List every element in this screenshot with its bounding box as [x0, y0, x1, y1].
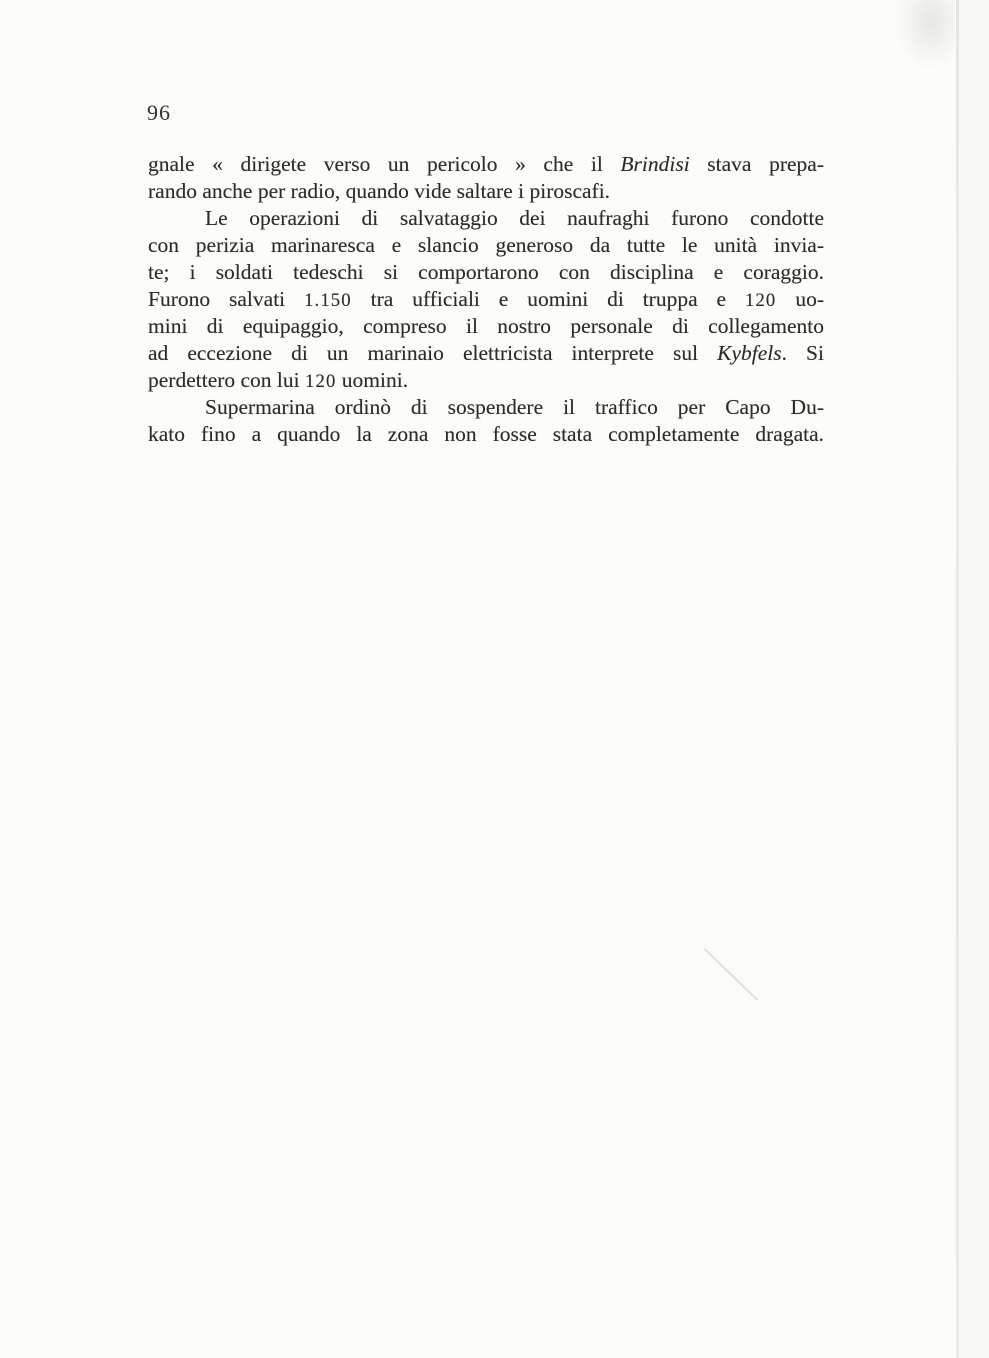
text-segment: 120 — [745, 290, 776, 311]
text-segment: uomini. — [336, 368, 408, 392]
text-segment: Le operazioni di salvataggio dei naufrag… — [205, 206, 824, 230]
text-segment: kato fino a quando la zona non fosse sta… — [148, 422, 824, 446]
text-line: te; i soldati tedeschi si comportarono c… — [148, 259, 824, 286]
text-segment: te; i soldati tedeschi si comportarono c… — [148, 260, 824, 284]
scan-smudge — [895, 0, 955, 70]
text-segment: gnale « dirigete verso un pericolo » che… — [148, 152, 620, 176]
text-line: gnale « dirigete verso un pericolo » che… — [148, 151, 824, 178]
text-segment: mini di equipaggio, compreso il nostro p… — [148, 314, 824, 338]
text-line: Supermarina ordinò di sospendere il traf… — [148, 394, 824, 421]
italic-text: Kybfels — [717, 341, 782, 365]
text-line: perdettero con lui 120 uomini. — [148, 367, 824, 394]
text-line: ad eccezione di un marinaio elettricista… — [148, 340, 824, 367]
scratch-mark — [704, 948, 758, 1001]
body-text: gnale « dirigete verso un pericolo » che… — [148, 151, 824, 448]
text-segment: con perizia marinaresca e slancio genero… — [148, 233, 824, 257]
text-line: Furono salvati 1.150 tra ufficiali e uom… — [148, 286, 824, 313]
text-segment: Supermarina ordinò di sospendere il traf… — [205, 395, 824, 419]
text-line: rando anche per radio, quando vide salta… — [148, 178, 824, 205]
text-segment: Furono salvati — [148, 287, 304, 311]
text-segment: . Si — [782, 341, 824, 365]
text-line: Le operazioni di salvataggio dei naufrag… — [148, 205, 824, 232]
text-segment: uo- — [776, 287, 824, 311]
page-edge-shadow — [956, 0, 959, 1358]
text-line: kato fino a quando la zona non fosse sta… — [148, 421, 824, 448]
text-segment: ad eccezione di un marinaio elettricista… — [148, 341, 717, 365]
page-edge-strip — [959, 0, 989, 1358]
scanned-page: 96 gnale « dirigete verso un pericolo » … — [0, 0, 989, 1358]
italic-text: Brindisi — [620, 152, 689, 176]
text-segment: 120 — [305, 371, 336, 392]
text-segment: 1.150 — [304, 290, 352, 311]
text-segment: stava prepa- — [690, 152, 824, 176]
text-segment: perdettero con lui — [148, 368, 305, 392]
text-segment: tra ufficiali e uomini di truppa e — [352, 287, 745, 311]
text-line: con perizia marinaresca e slancio genero… — [148, 232, 824, 259]
text-line: mini di equipaggio, compreso il nostro p… — [148, 313, 824, 340]
page-number: 96 — [147, 100, 171, 126]
text-segment: rando anche per radio, quando vide salta… — [148, 179, 610, 203]
